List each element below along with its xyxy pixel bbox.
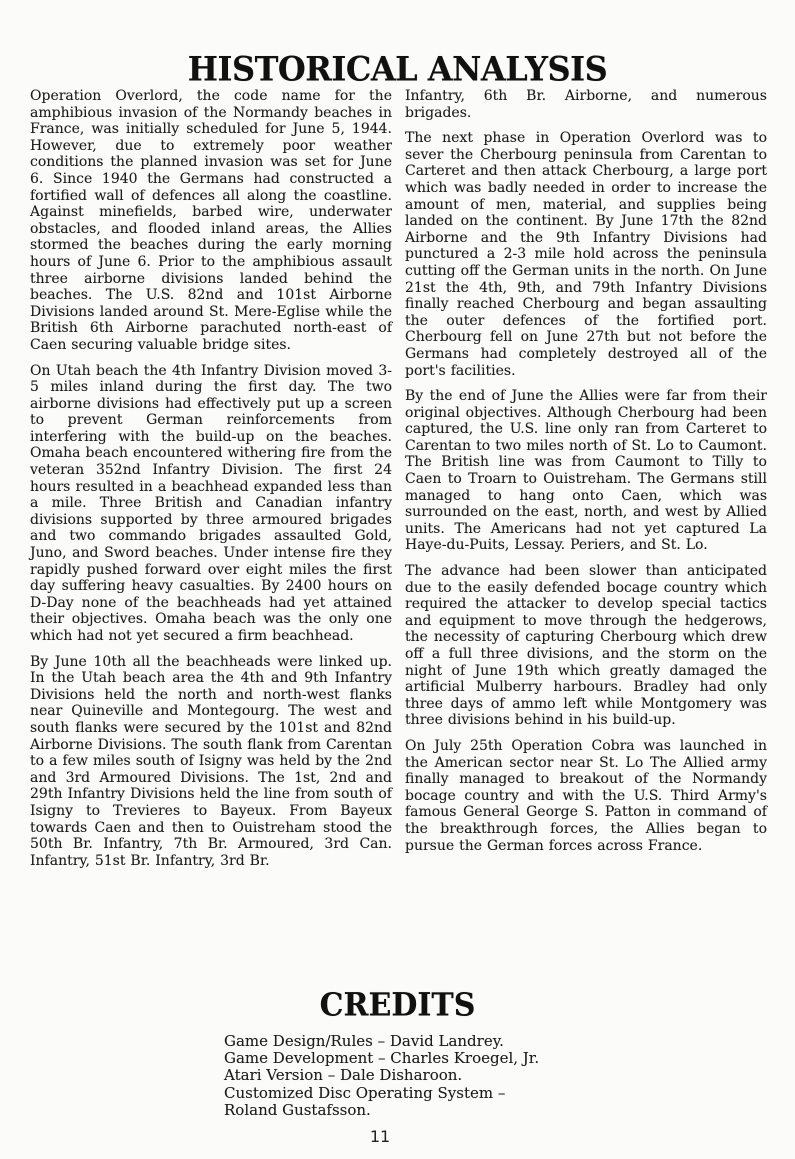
credits-line: Customized Disc Operating System –	[224, 1085, 604, 1102]
article-columns: Operation Overlord, the code name for th…	[30, 88, 768, 878]
left-column: Operation Overlord, the code name for th…	[30, 88, 392, 878]
manual-page: HISTORICAL ANALYSIS Operation Overlord, …	[0, 0, 795, 1159]
paragraph: On Utah beach the 4th Infantry Division …	[30, 363, 392, 645]
credits-line: Atari Version – Dale Disharoon.	[224, 1067, 604, 1084]
credits-line: Game Development – Charles Kroegel, Jr.	[224, 1050, 604, 1067]
credits-section: CREDITS Game Design/Rules – David Landre…	[0, 988, 795, 1119]
page-title: HISTORICAL ANALYSIS	[0, 49, 795, 89]
credits-title: CREDITS	[0, 987, 795, 1024]
page-number: 11	[0, 1127, 760, 1146]
credits-line: Game Design/Rules – David Landrey.	[224, 1033, 604, 1050]
paragraph: Infantry, 6th Br. Airborne, and numerous…	[405, 88, 767, 121]
credits-lines: Game Design/Rules – David Landrey. Game …	[224, 1033, 604, 1119]
paragraph: The next phase in Operation Overlord was…	[405, 130, 767, 379]
right-column: Infantry, 6th Br. Airborne, and numerous…	[405, 88, 767, 878]
paragraph: By the end of June the Allies were far f…	[405, 388, 767, 554]
paragraph: By June 10th all the beachheads were lin…	[30, 654, 392, 870]
paragraph: The advance had been slower than anticip…	[405, 563, 767, 729]
credits-line: Roland Gustafsson.	[224, 1102, 604, 1119]
paragraph: Operation Overlord, the code name for th…	[30, 88, 392, 354]
paragraph: On July 25th Operation Cobra was launche…	[405, 738, 767, 854]
